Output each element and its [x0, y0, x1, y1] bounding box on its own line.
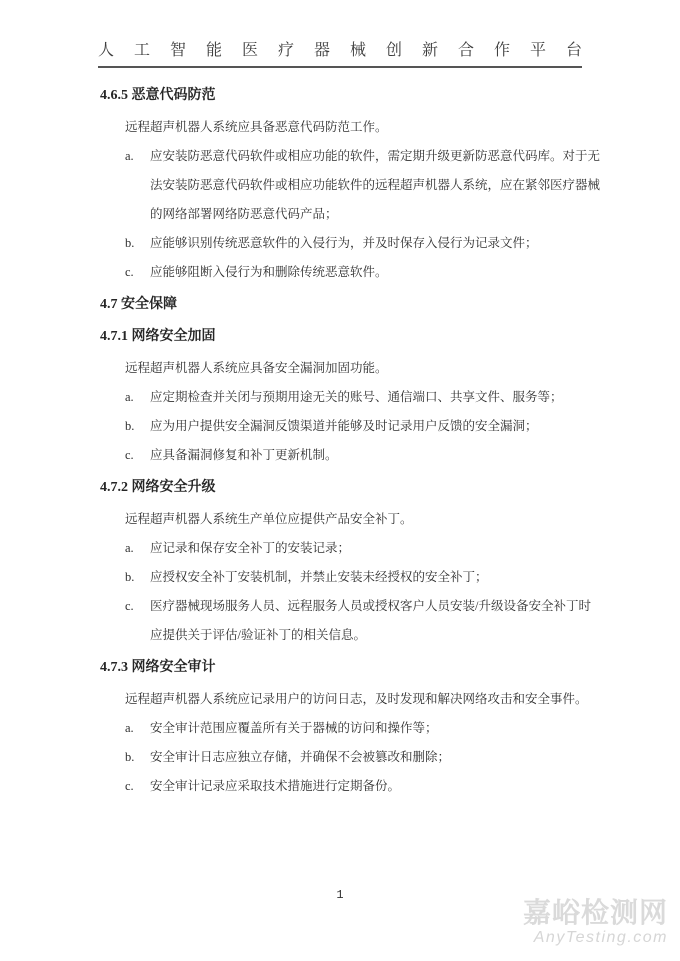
list-item-text: 应定期检查并关闭与预期用途无关的账号、通信端口、共享文件、服务等；	[150, 383, 563, 412]
list-item: b. 应为用户提供安全漏洞反馈渠道并能够及时记录用户反馈的安全漏洞；	[125, 412, 620, 441]
list-item-text: 医疗器械现场服务人员、远程服务人员或授权客户人员安装/升级设备安全补丁时 应提供…	[150, 592, 591, 650]
list-item-text: 应为用户提供安全漏洞反馈渠道并能够及时记录用户反馈的安全漏洞；	[150, 412, 538, 441]
section-intro: 远程超声机器人系统生产单位应提供产品安全补丁。	[125, 505, 620, 534]
list-item-text: 应具备漏洞修复和补丁更新机制。	[150, 441, 338, 470]
list-item: c. 应具备漏洞修复和补丁更新机制。	[125, 441, 620, 470]
list-item: a. 应定期检查并关闭与预期用途无关的账号、通信端口、共享文件、服务等；	[125, 383, 620, 412]
list-item-line: 安全审计范围应覆盖所有关于器械的访问和操作等；	[150, 714, 438, 743]
list-item: c. 应能够阻断入侵行为和删除传统恶意软件。	[125, 258, 620, 287]
document-content: 4.6.5 恶意代码防范 远程超声机器人系统应具备恶意代码防范工作。 a. 应安…	[0, 78, 680, 801]
watermark-site-url: AnyTesting.com	[523, 930, 668, 946]
running-header-title: 人工智能医疗器械创新合作平台	[98, 42, 582, 68]
section-network-security-hardening: 4.7.1 网络安全加固 远程超声机器人系统应具备安全漏洞加固功能。 a. 应定…	[0, 322, 680, 470]
list-item-marker: a.	[125, 714, 150, 743]
list-item-text: 安全审计日志应独立存储，并确保不会被篡改和删除；	[150, 743, 450, 772]
list-item-line: 法安装防恶意代码软件或相应功能软件的远程超声机器人系统，应在紧邻医疗器械	[150, 171, 600, 200]
list-item-marker: a.	[125, 383, 150, 412]
list-item-marker: c.	[125, 441, 150, 470]
section-intro: 远程超声机器人系统应具备恶意代码防范工作。	[125, 113, 620, 142]
list-item-marker: a.	[125, 142, 150, 229]
list-item: c. 安全审计记录应采取技术措施进行定期备份。	[125, 772, 620, 801]
section-intro: 远程超声机器人系统应具备安全漏洞加固功能。	[125, 354, 620, 383]
list-item-line: 安全审计记录应采取技术措施进行定期备份。	[150, 772, 400, 801]
list-item-line: 应安装防恶意代码软件或相应功能的软件，需定期升级更新防恶意代码库。对于无	[150, 142, 600, 171]
list-item-line: 医疗器械现场服务人员、远程服务人员或授权客户人员安装/升级设备安全补丁时	[150, 592, 591, 621]
section-heading: 4.7.3 网络安全审计	[100, 653, 620, 682]
section-heading: 4.7.2 网络安全升级	[100, 473, 620, 502]
list-item-marker: b.	[125, 563, 150, 592]
list-item-line: 应提供关于评估/验证补丁的相关信息。	[150, 621, 591, 650]
list-item: b. 应能够识别传统恶意软件的入侵行为，并及时保存入侵行为记录文件；	[125, 229, 620, 258]
list-item-text: 应记录和保存安全补丁的安装记录；	[150, 534, 350, 563]
list-item-marker: c.	[125, 258, 150, 287]
section-heading: 4.7.1 网络安全加固	[100, 322, 620, 351]
list-item: b. 安全审计日志应独立存储，并确保不会被篡改和删除；	[125, 743, 620, 772]
list-item-line: 应定期检查并关闭与预期用途无关的账号、通信端口、共享文件、服务等；	[150, 383, 563, 412]
document-page: 人工智能医疗器械创新合作平台 4.6.5 恶意代码防范 远程超声机器人系统应具备…	[0, 0, 680, 961]
list-item: a. 安全审计范围应覆盖所有关于器械的访问和操作等；	[125, 714, 620, 743]
watermark: 嘉峪检测网 AnyTesting.com	[523, 899, 668, 946]
section-intro: 远程超声机器人系统应记录用户的访问日志，及时发现和解决网络攻击和安全事件。	[125, 685, 620, 714]
list-item-line: 安全审计日志应独立存储，并确保不会被篡改和删除；	[150, 743, 450, 772]
list-item-line: 应记录和保存安全补丁的安装记录；	[150, 534, 350, 563]
list-item-line: 应能够阻断入侵行为和删除传统恶意软件。	[150, 258, 388, 287]
list-item-text: 安全审计记录应采取技术措施进行定期备份。	[150, 772, 400, 801]
section-heading: 4.6.5 恶意代码防范	[100, 81, 620, 110]
list-item-text: 应安装防恶意代码软件或相应功能的软件，需定期升级更新防恶意代码库。对于无 法安装…	[150, 142, 600, 229]
list-item-line: 的网络部署网络防恶意代码产品；	[150, 200, 600, 229]
list-item-text: 应授权安全补丁安装机制，并禁止安装未经授权的安全补丁；	[150, 563, 488, 592]
list-item-line: 应授权安全补丁安装机制，并禁止安装未经授权的安全补丁；	[150, 563, 488, 592]
section-malicious-code-prevention: 4.6.5 恶意代码防范 远程超声机器人系统应具备恶意代码防范工作。 a. 应安…	[0, 81, 680, 287]
list-item: a. 应记录和保存安全补丁的安装记录；	[125, 534, 620, 563]
watermark-site-name: 嘉峪检测网	[523, 899, 668, 927]
list-item-marker: b.	[125, 743, 150, 772]
section-network-security-upgrade: 4.7.2 网络安全升级 远程超声机器人系统生产单位应提供产品安全补丁。 a. …	[0, 473, 680, 650]
list-item-marker: c.	[125, 592, 150, 650]
list-item-line: 应具备漏洞修复和补丁更新机制。	[150, 441, 338, 470]
section-security-assurance: 4.7 安全保障	[0, 290, 680, 319]
list-item: c. 医疗器械现场服务人员、远程服务人员或授权客户人员安装/升级设备安全补丁时 …	[125, 592, 620, 650]
list-item-marker: b.	[125, 229, 150, 258]
list-item-marker: c.	[125, 772, 150, 801]
section-heading: 4.7 安全保障	[100, 290, 620, 319]
list-item-text: 应能够阻断入侵行为和删除传统恶意软件。	[150, 258, 388, 287]
section-network-security-audit: 4.7.3 网络安全审计 远程超声机器人系统应记录用户的访问日志，及时发现和解决…	[0, 653, 680, 801]
list-item-marker: a.	[125, 534, 150, 563]
list-item-line: 应能够识别传统恶意软件的入侵行为，并及时保存入侵行为记录文件；	[150, 229, 538, 258]
list-item-line: 应为用户提供安全漏洞反馈渠道并能够及时记录用户反馈的安全漏洞；	[150, 412, 538, 441]
list-item: a. 应安装防恶意代码软件或相应功能的软件，需定期升级更新防恶意代码库。对于无 …	[125, 142, 620, 229]
list-item-text: 安全审计范围应覆盖所有关于器械的访问和操作等；	[150, 714, 438, 743]
list-item-text: 应能够识别传统恶意软件的入侵行为，并及时保存入侵行为记录文件；	[150, 229, 538, 258]
list-item-marker: b.	[125, 412, 150, 441]
list-item: b. 应授权安全补丁安装机制，并禁止安装未经授权的安全补丁；	[125, 563, 620, 592]
